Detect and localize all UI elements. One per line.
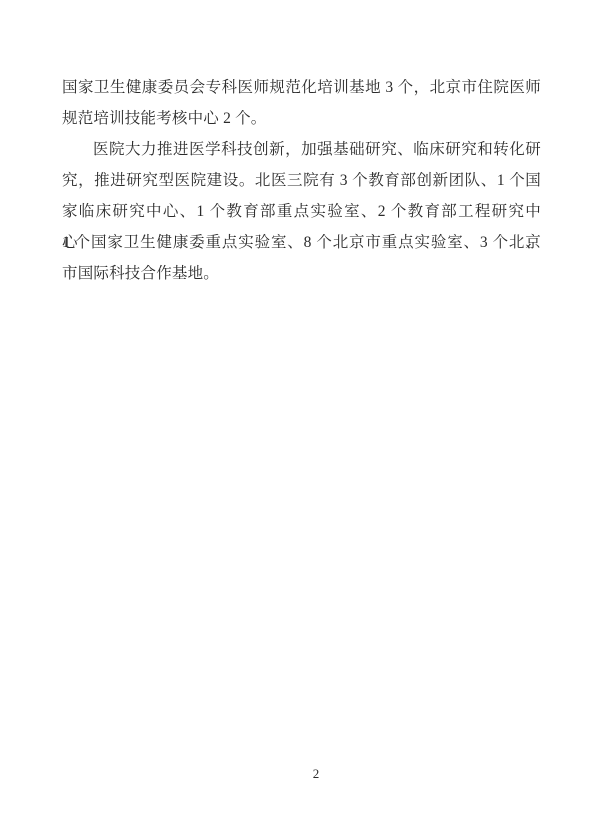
page-number: 2 xyxy=(33,766,599,782)
text-line: 医院大力推进医学科技创新，加强基础研究、临床研究和转化研 xyxy=(62,134,541,165)
text-line: 1 个国家卫生健康委重点实验室、8 个北京市重点实验室、3 个北京 xyxy=(62,227,541,258)
text-line: 市国际科技合作基地。 xyxy=(62,258,541,289)
body-text: 国家卫生健康委员会专科医师规范化培训基地 3 个，北京市住院医师 规范培训技能考… xyxy=(62,72,541,289)
text-line: 家临床研究中心、1 个教育部重点实验室、2 个教育部工程研究中心、 xyxy=(62,196,541,227)
document-page: 国家卫生健康委员会专科医师规范化培训基地 3 个，北京市住院医师 规范培训技能考… xyxy=(0,0,600,831)
text-line: 国家卫生健康委员会专科医师规范化培训基地 3 个，北京市住院医师 xyxy=(62,72,541,103)
text-line: 究，推进研究型医院建设。北医三院有 3 个教育部创新团队、1 个国 xyxy=(62,165,541,196)
text-line: 规范培训技能考核中心 2 个。 xyxy=(62,103,541,134)
